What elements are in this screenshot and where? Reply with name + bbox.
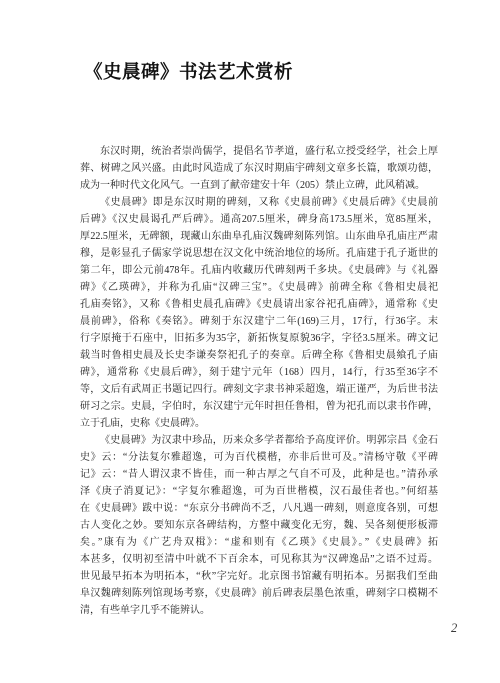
text-line: 第二年，即公元前478年。孔庙内收藏历代碑刻两千多块。《史晨碑》与《礼器 <box>80 262 438 279</box>
text-line: 碑》，通常称《史晨后碑》，刻于建宁元年（168）四月，14行，行35至36字不 <box>80 364 438 381</box>
text-line: 成为一种时代文化风气。一直到了献帝建安十年（205）禁止立碑，此风稍减。 <box>80 177 438 194</box>
text-line: 记》云：“昔人谓汉隶不皆佳，而一种古厚之气自不可及，此种是也。”清孙承 <box>80 466 438 483</box>
document-page: 《史晨碑》书法艺术赏析 东汉时期，统治者崇尚儒学，提倡名节孝道，盛行私立授受经学… <box>0 0 500 683</box>
text-line: 《史晨碑》即是东汉时期的碑刻，又称《史晨前碑》《史晨后碑》《史晨前 <box>80 194 438 211</box>
text-line: 葬、树碑之风兴盛。由此时风造成了东汉时期庙宇碑刻文章多长篇，歌颂功德， <box>80 160 438 177</box>
text-line: 在《史晨碑》跋中说：“东京分书碑尚不乏，八凡遇一碑刻，则意度各别，可想 <box>80 500 438 517</box>
page-number: 2 <box>451 621 457 636</box>
text-line: 厚22.5厘米，无碑额，现藏山东曲阜孔庙汉魏碑刻陈列馆。山东曲阜孔庙庄严肃 <box>80 228 438 245</box>
text-line: 穆，是彰显孔子儒家学说思想在汉文化中统治地位的场所。孔庙建于孔子逝世的 <box>80 245 438 262</box>
text-line: 阜汉魏碑刻陈列馆现场考察，《史晨碑》前后碑表层墨色浓重，碑刻字口模糊不 <box>80 585 438 602</box>
text-line: 研习之宗。史晨，字伯时，东汉建宁元年时担任鲁相，曾为祀孔而以隶书作碑， <box>80 398 438 415</box>
text-line: 碑》《乙瑛碑》，并称为孔庙“汉碑三宝”。《史晨碑》前碑全称《鲁相史晨祀 <box>80 279 438 296</box>
text-line: 载当时鲁相史晨及长史李谦奏祭祀孔子的奏章。后碑全称《鲁相史晨飨孔子庙 <box>80 347 438 364</box>
body-text: 东汉时期，统治者崇尚儒学，提倡名节孝道，盛行私立授受经学，社会上厚葬、树碑之风兴… <box>80 143 438 619</box>
page-title: 《史晨碑》书法艺术赏析 <box>84 58 293 84</box>
text-line: 等，文后有武周正书题记四行。碑刻文字隶书神采超逸，端正谨严，为后世书法 <box>80 381 438 398</box>
text-line: 晨前碑》，俗称《奏铭》。碑刻于东汉建宁二年(169)三月，17行，行36字。末 <box>80 313 438 330</box>
text-line: 孔庙奏铭》，又称《鲁相史晨孔庙碑》《史晨请出家谷祀孔庙碑》，通常称《史 <box>80 296 438 313</box>
text-line: 东汉时期，统治者崇尚儒学，提倡名节孝道，盛行私立授受经学，社会上厚 <box>80 143 438 160</box>
text-line: 泽《庚子消夏记》：“字复尔雅超逸，可为百世楷模，汉石最佳者也。”何绍基 <box>80 483 438 500</box>
text-line: 《史晨碑》为汉隶中珍品，历来众多学者都给予高度评价。明郭宗昌《金石 <box>80 432 438 449</box>
text-line: 矣。”康有为《广艺舟双楫》：“虚和则有《乙瑛》《史晨》。”《史晨碑》拓 <box>80 534 438 551</box>
text-line: 世见最早拓本为明拓本，“秋”字完好。北京图书馆藏有明拓本。另据我们至曲 <box>80 568 438 585</box>
text-line: 立于孔庙，史称《史晨碑》。 <box>80 415 438 432</box>
text-line: 后碑》《汉史晨谒孔严后碑》。通高207.5厘米，碑身高173.5厘米，宽85厘米… <box>80 211 438 228</box>
text-line: 古人变化之妙。要知东京各碑结构，方整中藏变化无穷，魏、吴各刻便形板滞 <box>80 517 438 534</box>
text-line: 史》云：“分法复尔雅超逸，可为百代模楷，亦非后世可及。”清杨守敬《平碑 <box>80 449 438 466</box>
text-line: 行字原掩于石座中，旧拓多为35字，新拓恢复原貌36字，字径3.5厘米。碑文记 <box>80 330 438 347</box>
text-line: 本甚多，仅明初至清中叶就不下百余本，可见称其为“汉碑逸品”之语不过焉。 <box>80 551 438 568</box>
text-line: 清，有些单字几乎不能辨认。 <box>80 602 438 619</box>
